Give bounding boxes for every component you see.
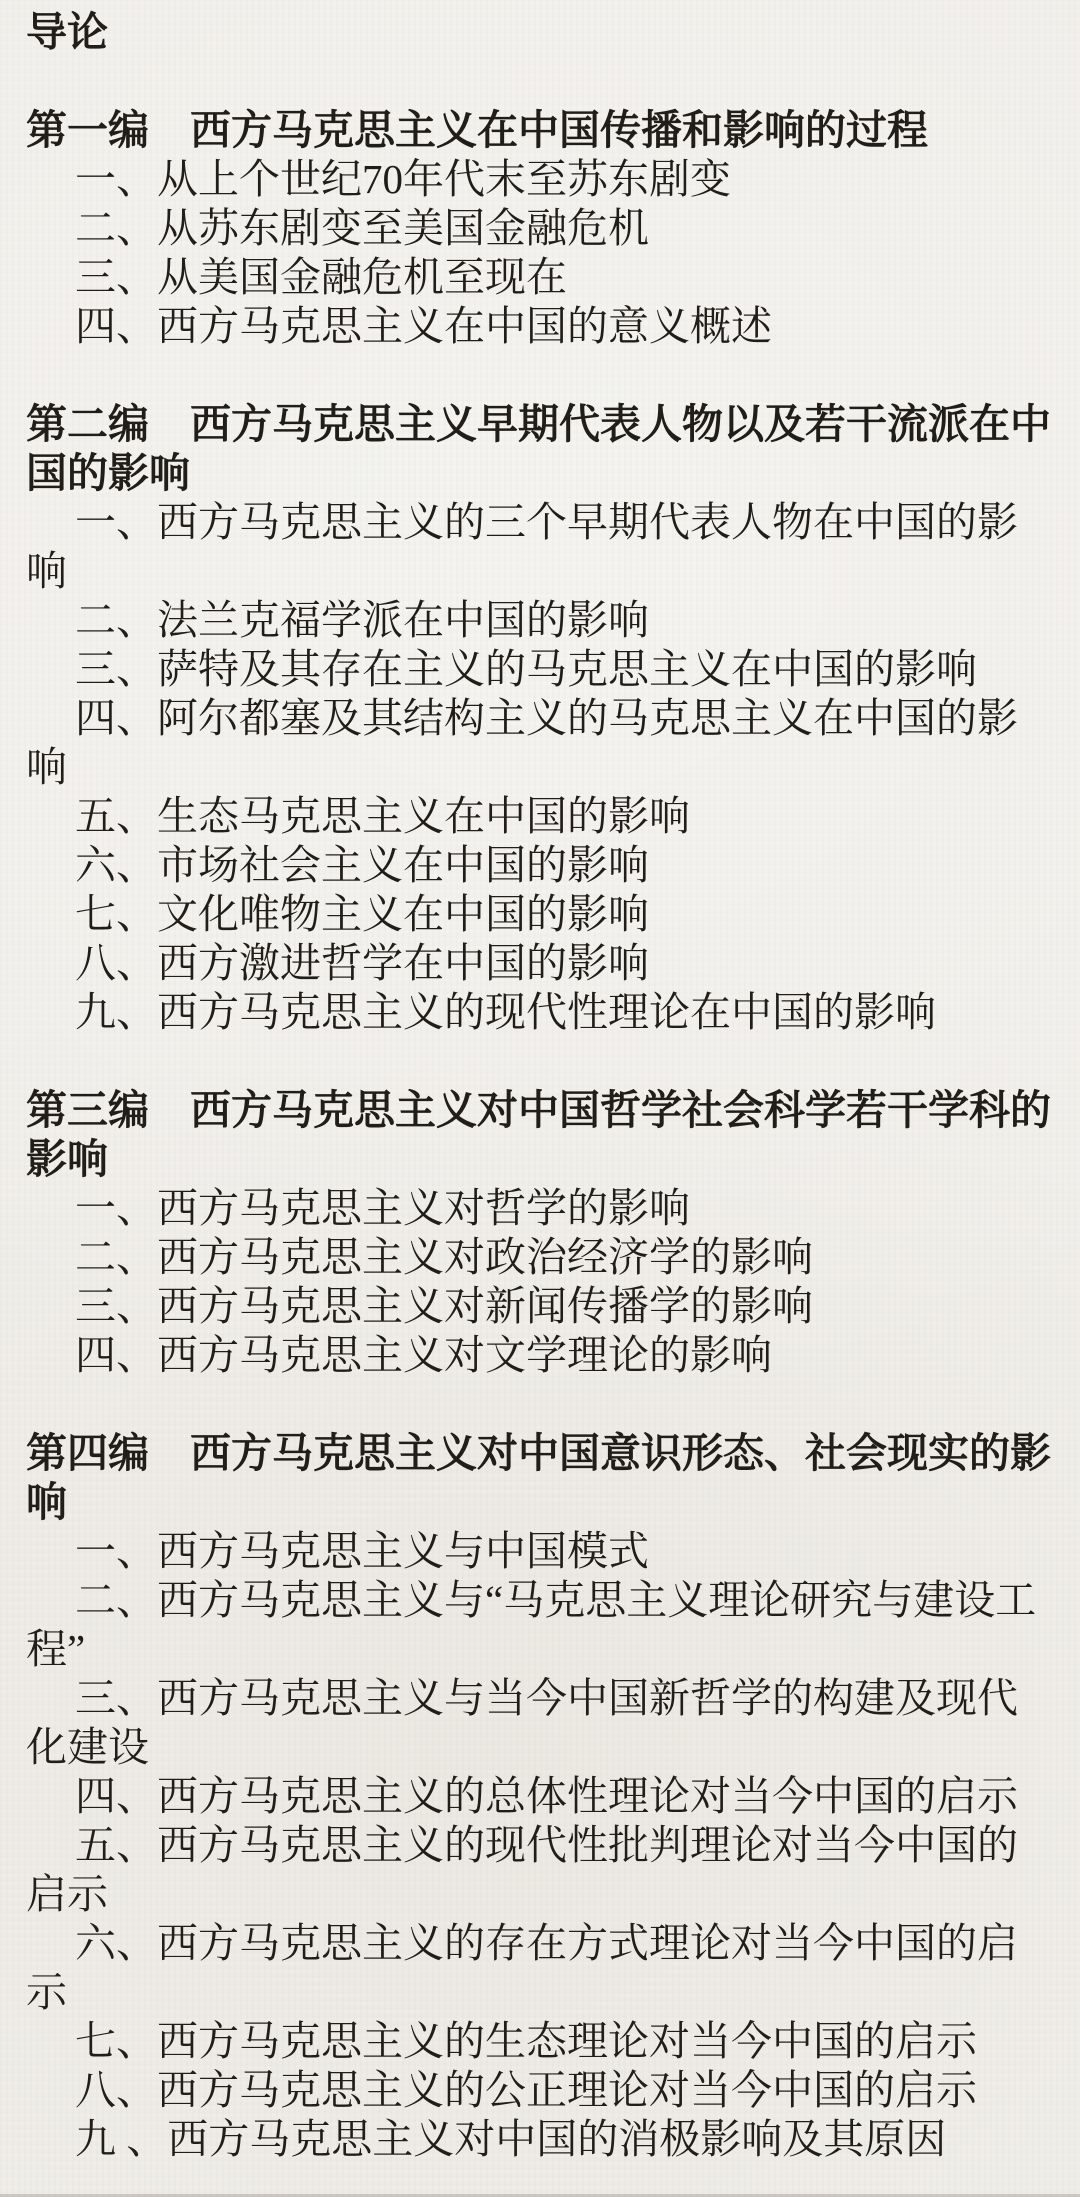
toc-entry: 一、西方马克思主义与中国模式 — [26, 1527, 1056, 1576]
intro-heading: 导论 — [26, 8, 1056, 57]
section-part-1: 第一编 西方马克思主义在中国传播和影响的过程 一、从上个世纪70年代末至苏东剧变… — [26, 106, 1056, 351]
toc-entry: 四、西方马克思主义的总体性理论对当今中国的启示 — [26, 1772, 1056, 1821]
toc-page: 导论 第一编 西方马克思主义在中国传播和影响的过程 一、从上个世纪70年代末至苏… — [0, 0, 1080, 2197]
toc-entry: 三、从美国金融危机至现在 — [26, 253, 1056, 302]
toc-entry: 五、西方马克思主义的现代性批判理论对当今中国的启示 — [26, 1821, 1056, 1919]
toc-entry: 二、西方马克思主义对政治经济学的影响 — [26, 1233, 1056, 1282]
toc-entry: 七、文化唯物主义在中国的影响 — [26, 890, 1056, 939]
toc-entry: 二、西方马克思主义与“马克思主义理论研究与建设工程” — [26, 1576, 1056, 1674]
part-3-title: 第三编 西方马克思主义对中国哲学社会科学若干学科的影响 — [26, 1086, 1056, 1184]
toc-entry: 六、西方马克思主义的存在方式理论对当今中国的启示 — [26, 1919, 1056, 2017]
toc-entry: 八、西方马克思主义的公正理论对当今中国的启示 — [26, 2066, 1056, 2115]
section-part-3: 第三编 西方马克思主义对中国哲学社会科学若干学科的影响 一、西方马克思主义对哲学… — [26, 1086, 1056, 1380]
toc-entry: 七、西方马克思主义的生态理论对当今中国的启示 — [26, 2017, 1056, 2066]
toc-entry: 一、西方马克思主义的三个早期代表人物在中国的影响 — [26, 498, 1056, 596]
section-part-2: 第二编 西方马克思主义早期代表人物以及若干流派在中国的影响 一、西方马克思主义的… — [26, 400, 1056, 1037]
toc-entry: 九 、西方马克思主义对中国的消极影响及其原因 — [26, 2115, 1056, 2164]
toc-entry: 九、西方马克思主义的现代性理论在中国的影响 — [26, 988, 1056, 1037]
toc-entry: 四、阿尔都塞及其结构主义的马克思主义在中国的影响 — [26, 694, 1056, 792]
toc-entry: 三、西方马克思主义对新闻传播学的影响 — [26, 1282, 1056, 1331]
toc-entry: 三、西方马克思主义与当今中国新哲学的构建及现代化建设 — [26, 1674, 1056, 1772]
toc-entry: 八、西方激进哲学在中国的影响 — [26, 939, 1056, 988]
toc-entry: 三、萨特及其存在主义的马克思主义在中国的影响 — [26, 645, 1056, 694]
toc-entry: 六、市场社会主义在中国的影响 — [26, 841, 1056, 890]
part-4-title: 第四编 西方马克思主义对中国意识形态、社会现实的影响 — [26, 1429, 1056, 1527]
toc-entry: 四、西方马克思主义在中国的意义概述 — [26, 302, 1056, 351]
part-1-title: 第一编 西方马克思主义在中国传播和影响的过程 — [26, 106, 1056, 155]
toc-entry: 一、从上个世纪70年代末至苏东剧变 — [26, 155, 1056, 204]
toc-entry: 五、生态马克思主义在中国的影响 — [26, 792, 1056, 841]
toc-entry: 二、法兰克福学派在中国的影响 — [26, 596, 1056, 645]
part-2-title: 第二编 西方马克思主义早期代表人物以及若干流派在中国的影响 — [26, 400, 1056, 498]
toc-entry: 二、从苏东剧变至美国金融危机 — [26, 204, 1056, 253]
toc-entry: 四、西方马克思主义对文学理论的影响 — [26, 1331, 1056, 1380]
toc-entry: 一、西方马克思主义对哲学的影响 — [26, 1184, 1056, 1233]
section-part-4: 第四编 西方马克思主义对中国意识形态、社会现实的影响 一、西方马克思主义与中国模… — [26, 1429, 1056, 2164]
